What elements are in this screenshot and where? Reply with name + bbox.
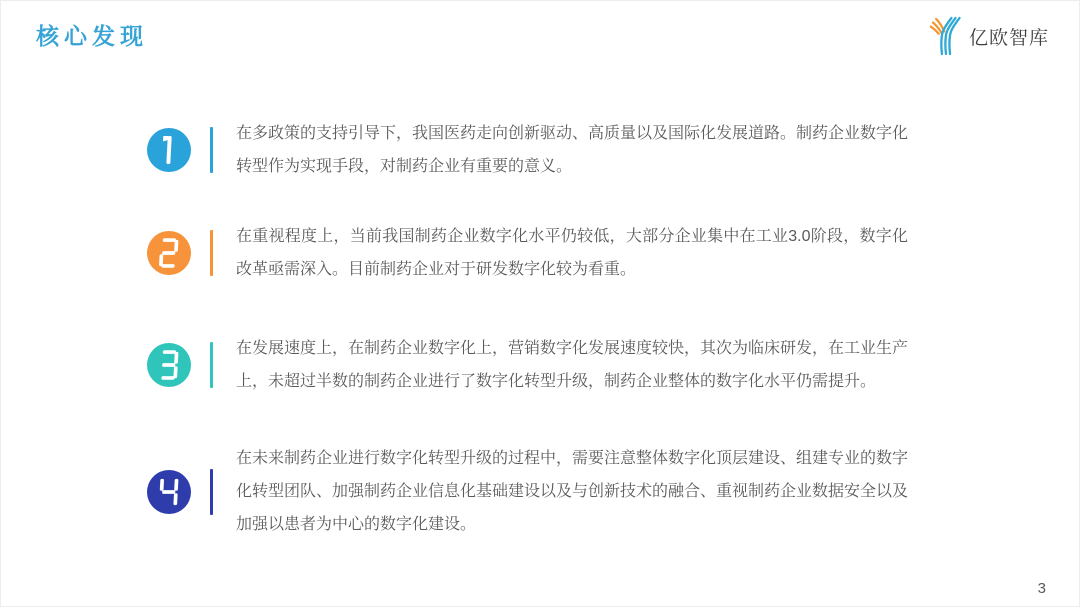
eo-logo-y-icon [928, 15, 964, 57]
report-slide: 核心发现 亿欧智库 在多政策的支持 [0, 0, 1080, 607]
finding-text: 在未来制药企业进行数字化转型升级的过程中，需要注意整体数字化顶层建设、组建专业的… [236, 442, 908, 541]
item-accent-bar [210, 469, 213, 515]
item-accent-bar [210, 342, 213, 388]
item-number-circle [147, 128, 191, 172]
page-number: 3 [1038, 580, 1046, 597]
eo-intelligence-logo: 亿欧智库 [928, 15, 1049, 57]
item-number-circle [147, 231, 191, 275]
item-number-digit [158, 350, 181, 380]
item-number-digit [158, 477, 181, 507]
finding-item-4: 在未来制药企业进行数字化转型升级的过程中，需要注意整体数字化顶层建设、组建专业的… [147, 442, 937, 541]
item-accent-bar [210, 230, 213, 276]
eo-logo-text: 亿欧智库 [969, 23, 1049, 50]
item-number-circle [147, 470, 191, 514]
finding-text: 在重视程度上，当前我国制药企业数字化水平仍较低，大部分企业集中在工业3.0阶段，… [236, 220, 908, 286]
finding-item-3: 在发展速度上，在制药企业数字化上，营销数字化发展速度较快，其次为临床研发，在工业… [147, 332, 937, 398]
finding-text: 在多政策的支持引导下，我国医药走向创新驱动、高质量以及国际化发展道路。制药企业数… [236, 117, 908, 183]
item-accent-bar [210, 127, 213, 173]
findings-list: 在多政策的支持引导下，我国医药走向创新驱动、高质量以及国际化发展道路。制药企业数… [147, 117, 937, 541]
item-number-circle [147, 343, 191, 387]
finding-item-2: 在重视程度上，当前我国制药企业数字化水平仍较低，大部分企业集中在工业3.0阶段，… [147, 220, 937, 286]
item-number-digit [158, 135, 181, 165]
item-number-digit [158, 238, 181, 268]
page-title: 核心发现 [36, 18, 148, 51]
finding-text: 在发展速度上，在制药企业数字化上，营销数字化发展速度较快，其次为临床研发，在工业… [236, 332, 908, 398]
finding-item-1: 在多政策的支持引导下，我国医药走向创新驱动、高质量以及国际化发展道路。制药企业数… [147, 117, 937, 183]
